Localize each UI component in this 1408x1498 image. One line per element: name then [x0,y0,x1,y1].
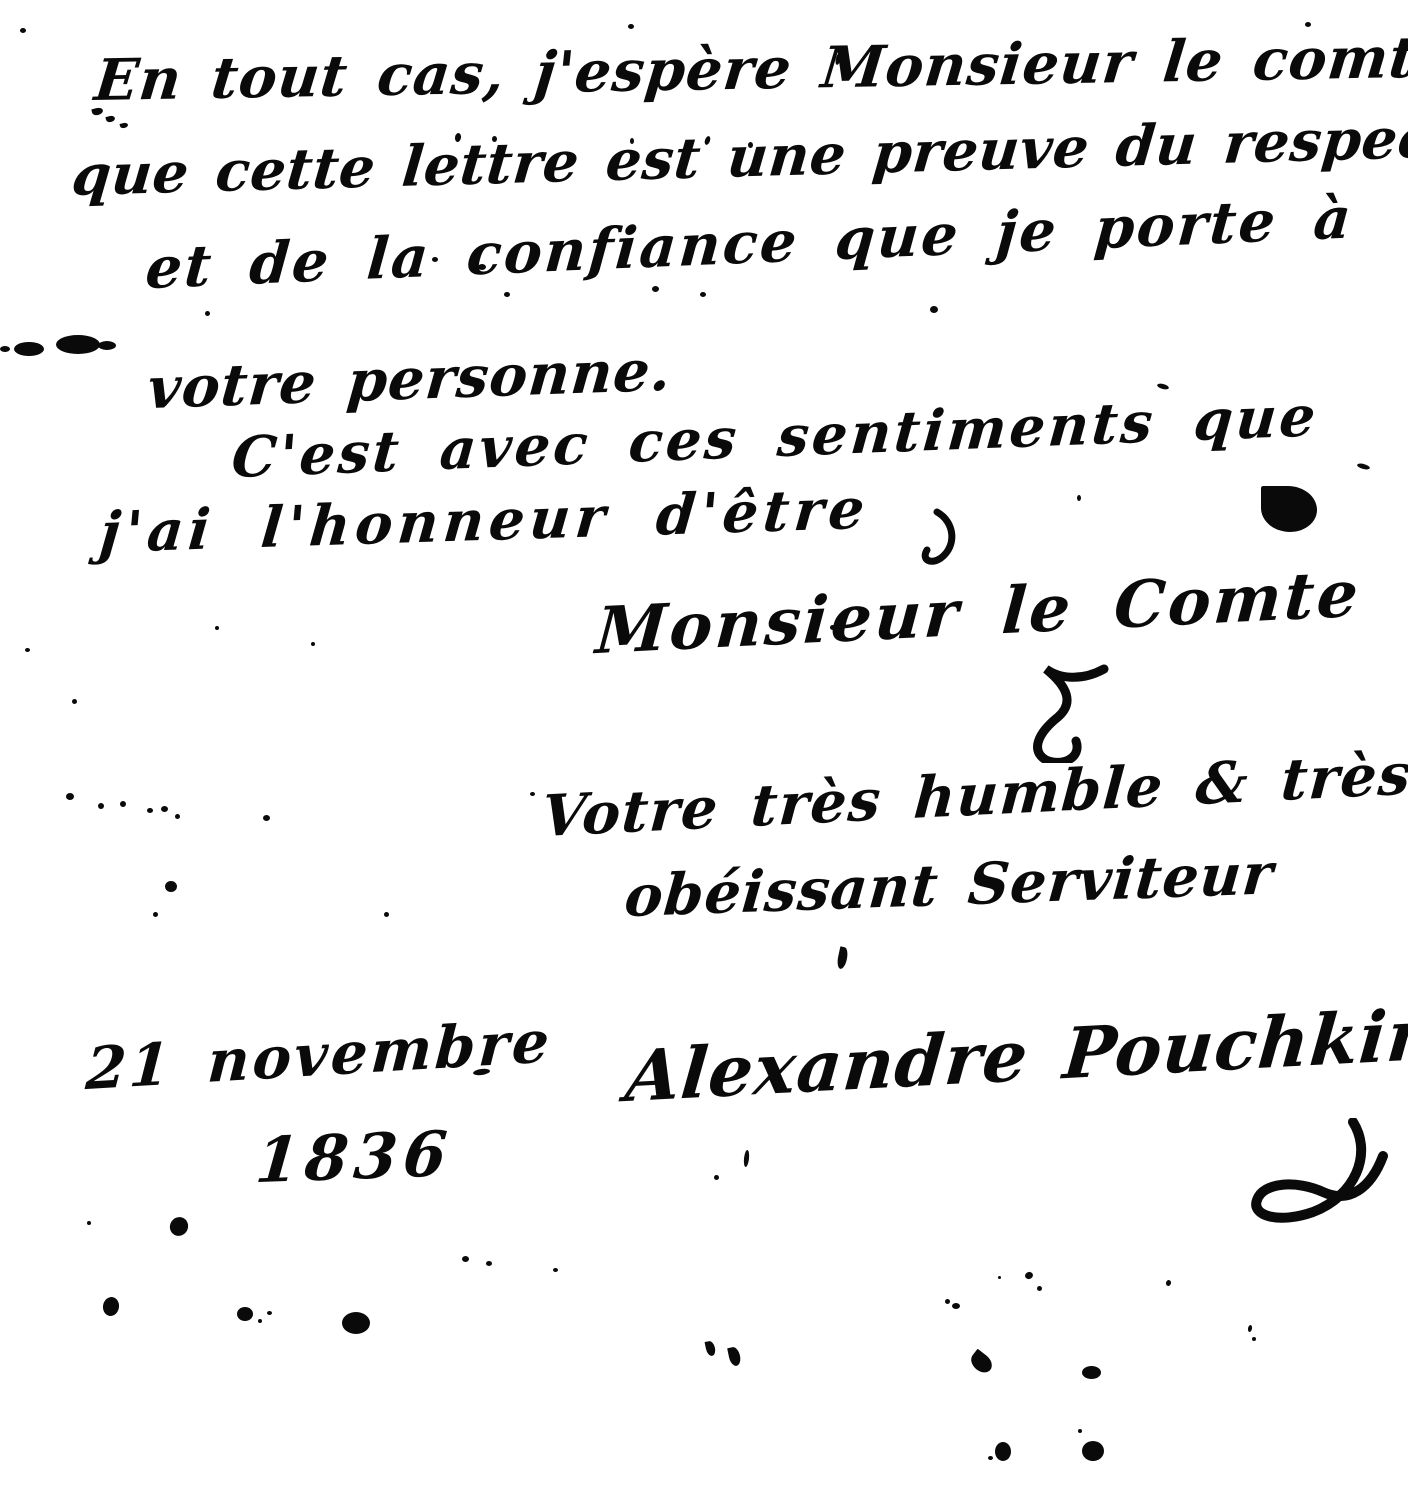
ink-speck [342,1312,370,1334]
ink-speck [462,1256,469,1262]
ink-speck [20,28,26,33]
ink-speck [384,912,389,917]
ink-speck [311,642,315,646]
ink-speck [1247,1325,1252,1333]
ink-speck [1357,462,1371,470]
ink-speck [1165,1279,1171,1286]
ink-speck [25,648,30,652]
ink-speck [553,1268,558,1272]
ink-speck [237,1307,253,1321]
body-line-4: votre personne. [145,342,674,417]
ink-speck [998,1276,1001,1279]
ink-speck [205,311,210,316]
etre-flourish-stroke [905,508,970,570]
ink-speck [952,1303,960,1309]
ink-speck [175,814,180,819]
letter-page: En tout cas, j'espère Monsieur le comte,… [0,0,1408,1498]
ink-speck [1077,495,1081,501]
ink-speck [215,626,219,630]
ink-speck [478,264,486,270]
ink-speck [743,1150,750,1167]
ink-speck [967,1349,996,1377]
ink-speck [1024,1271,1034,1280]
ink-speck [14,342,44,356]
ink-speck [165,881,177,892]
date-day-month: 21 novembre [84,1012,554,1098]
ink-speck [147,808,153,813]
ink-speck [119,122,128,129]
valediction-line-1: Votre très humble & très [540,745,1408,845]
ink-speck [1037,1286,1042,1291]
signature-flourish-stroke [1235,1118,1390,1236]
ink-speck [66,793,74,800]
ink-speck [153,912,158,917]
body-line-3: et de la confiance que je porte à [144,189,1356,297]
ink-speck [727,1346,742,1367]
date-year: 1836 [253,1123,455,1192]
ink-speck [87,1221,91,1225]
ink-speck [652,286,659,292]
ink-speck [830,625,835,630]
ink-speck [945,1299,950,1304]
ink-speck [700,292,706,297]
ink-speck [161,806,168,812]
ink-speck [258,1319,262,1323]
ink-speck [1078,1429,1082,1433]
ink-speck [105,115,115,123]
ink-speck [630,138,634,144]
ink-speck [120,801,126,807]
body-line-1: En tout cas, j'espère Monsieur le comte, [92,28,1408,109]
ink-speck [267,1311,272,1315]
valediction-line-2: obéissant Serviteur [622,845,1275,925]
ink-speck [1305,22,1311,27]
ink-speck [0,346,10,352]
ink-speck [486,1261,492,1266]
ink-speck [714,1175,719,1180]
ink-speck [836,946,849,969]
ink-speck [838,148,842,156]
ink-speck [166,1214,191,1239]
ink-speck [56,335,100,354]
ink-speck [1252,1337,1256,1341]
ink-speck [995,1442,1011,1461]
salutation-line: Monsieur le Comte [594,562,1363,664]
ink-speck [930,306,938,313]
ink-speck [492,136,497,142]
ink-speck [988,1456,993,1460]
ink-speck [1082,1366,1101,1379]
comte-flourish-stroke [1008,663,1118,763]
ink-speck [530,792,535,796]
ink-speck [91,107,103,117]
ink-speck [432,257,438,262]
ink-speck [1261,486,1317,532]
ink-speck [263,815,270,821]
ink-speck [101,1296,120,1317]
ink-speck [72,699,77,704]
signature-name: Alexandre Pouchkine [623,997,1408,1112]
ink-speck [504,292,510,297]
ink-speck [748,142,753,148]
ink-speck [628,24,634,29]
body-line-6: j'ai l'honneur d'être [97,481,871,561]
ink-speck [98,803,104,809]
ink-speck [705,1340,717,1357]
ink-speck [98,341,116,350]
ink-speck [1082,1441,1104,1461]
